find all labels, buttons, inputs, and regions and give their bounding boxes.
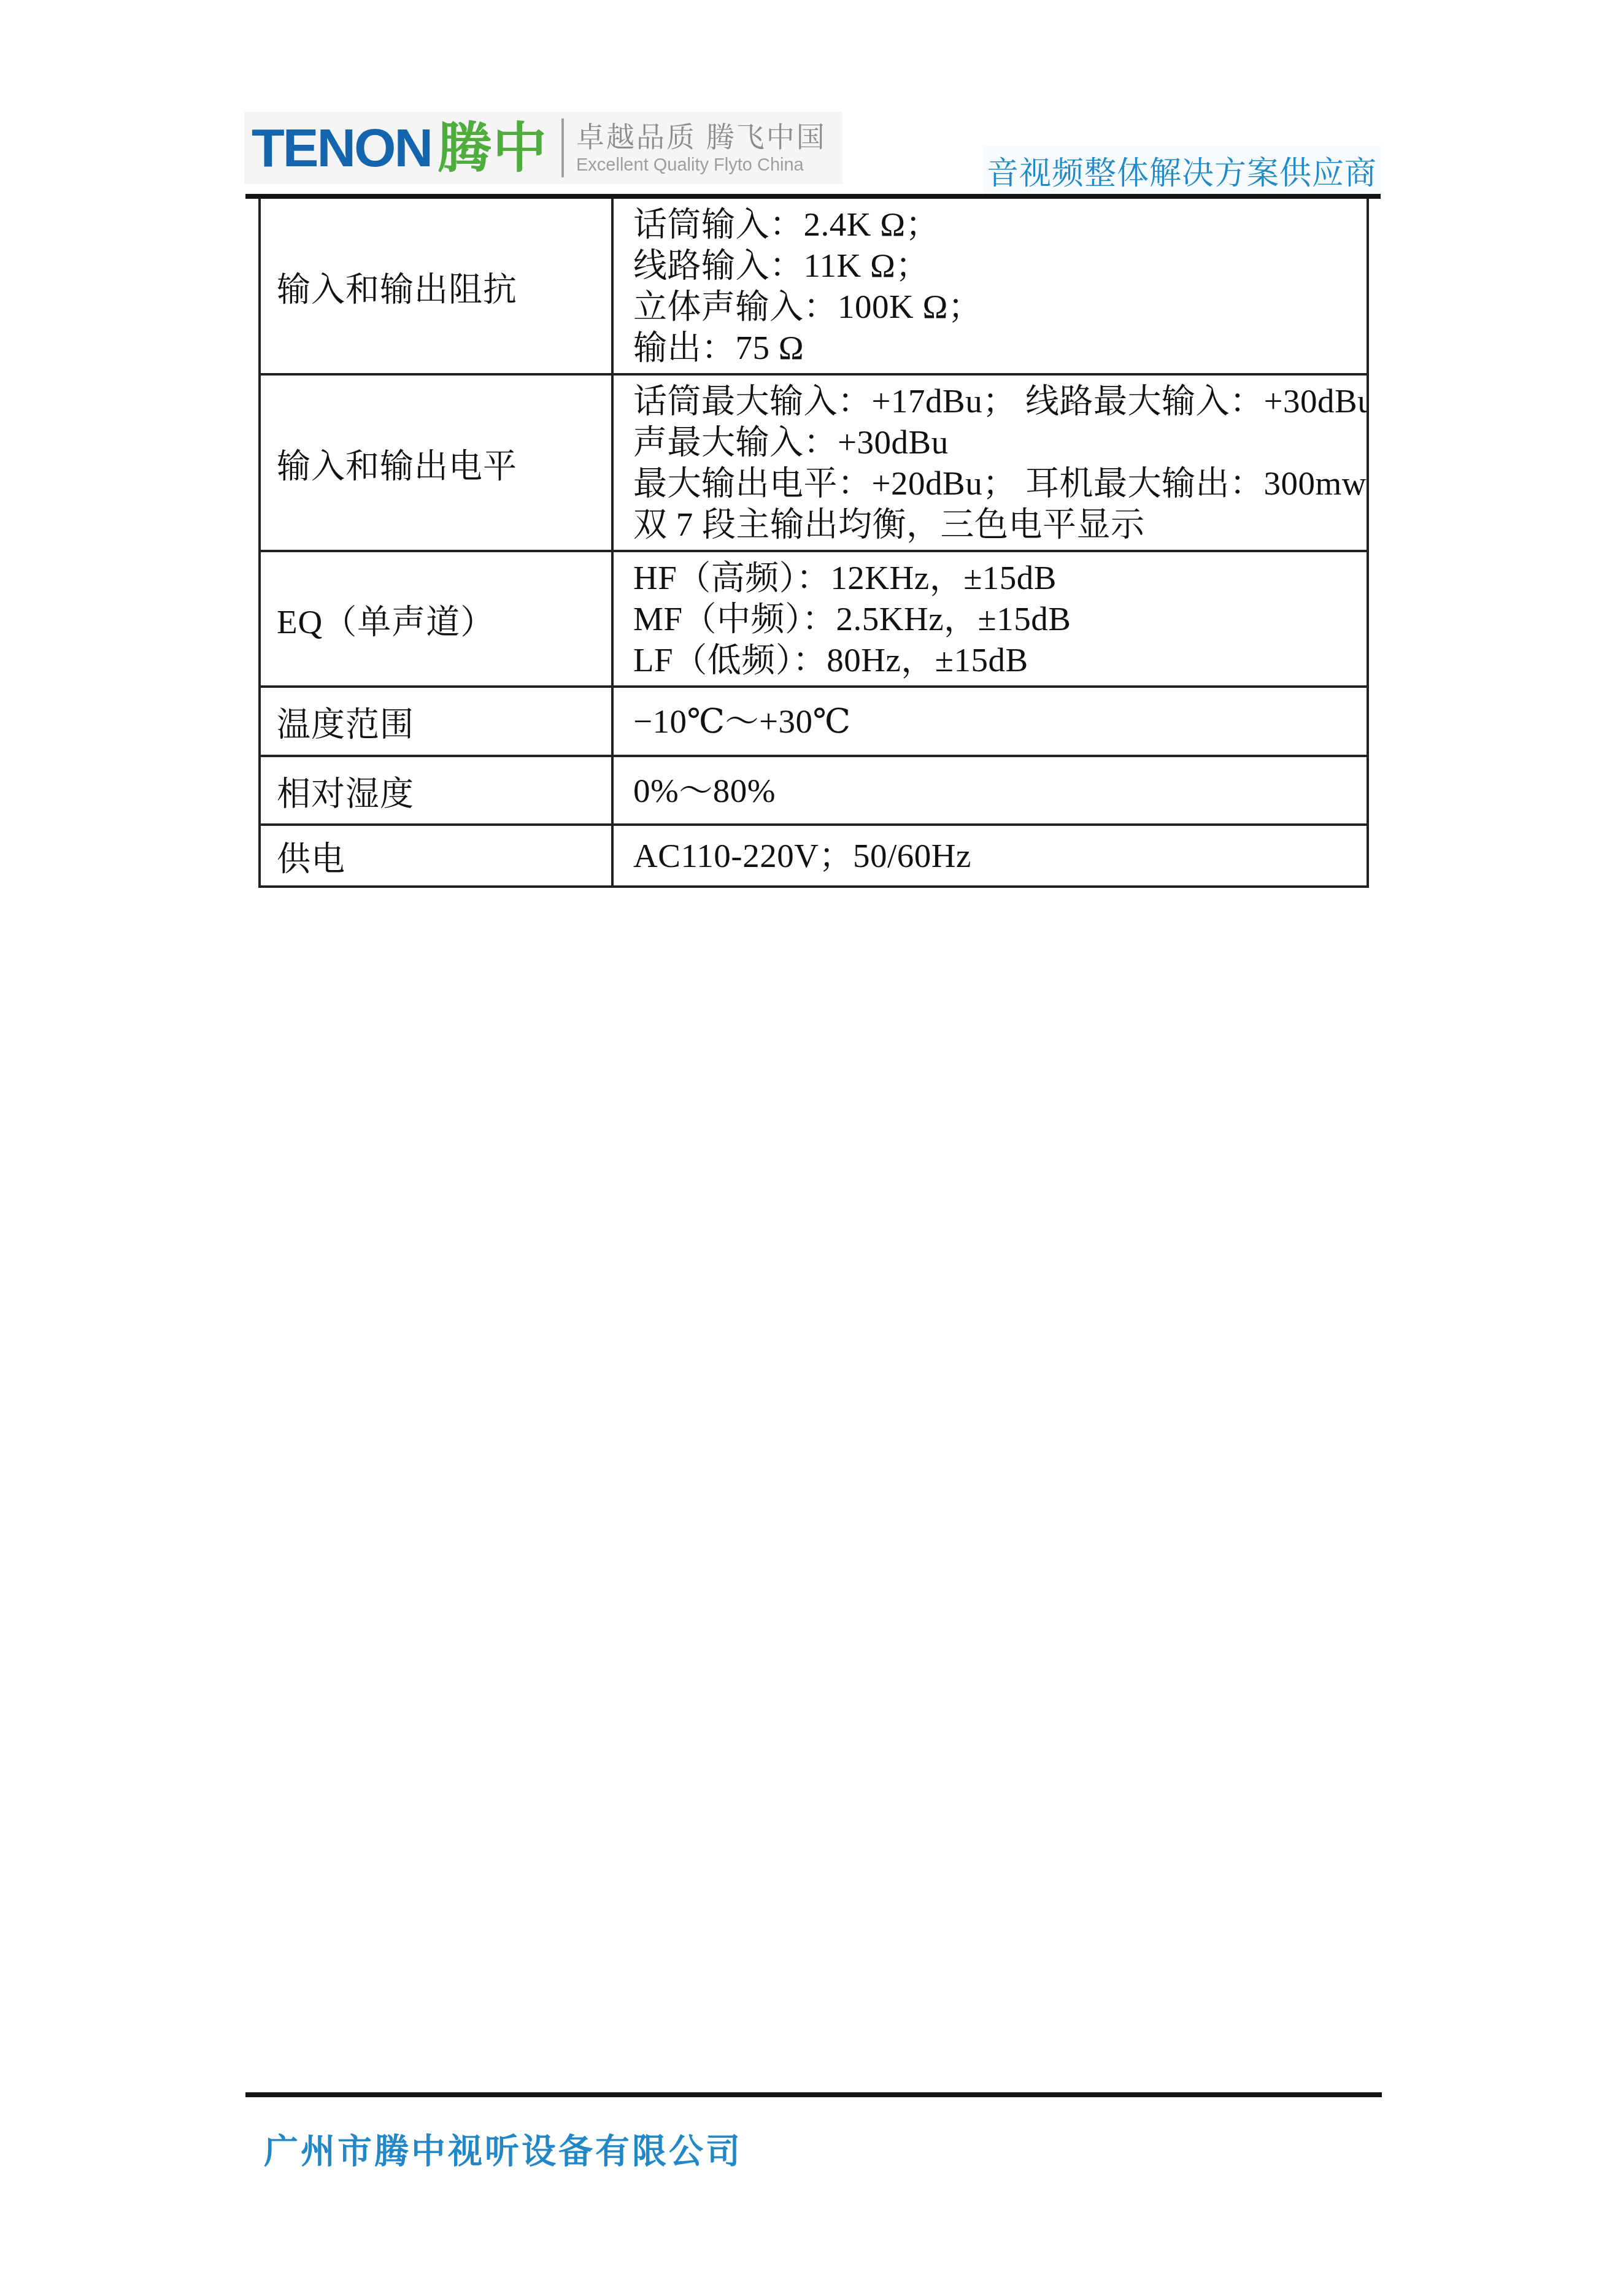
document-page: TENON 腾中 卓越品质 腾飞中国 Excellent Quality Fly… (0, 0, 1623, 2296)
spec-value-cell: 话筒输入：2.4K Ω；线路输入：11K Ω；立体声输入：100K Ω；输出：7… (614, 199, 1367, 373)
spec-label-cell: 输入和输出电平 (261, 376, 614, 550)
logo-tenon-wordmark: TENON (252, 121, 431, 175)
spec-label-cell: 供电 (261, 826, 614, 885)
spec-value-line: MF（中频）：2.5KHz，±15dB (633, 598, 1360, 639)
table-row: 输入和输出阻抗话筒输入：2.4K Ω；线路输入：11K Ω；立体声输入：100K… (261, 199, 1367, 376)
spec-value-line: AC110-220V；50/60Hz (633, 835, 1360, 876)
footer-rule (245, 2092, 1382, 2097)
logo-divider (561, 118, 564, 177)
spec-value-line: LF（低频）：80Hz，±15dB (633, 639, 1360, 680)
spec-label-cell: 相对湿度 (261, 757, 614, 823)
spec-label-cell: 输入和输出阻抗 (261, 199, 614, 373)
logo-tengzhong-wordmark: 腾中 (438, 121, 548, 175)
spec-label-cell: EQ（单声道） (261, 552, 614, 685)
spec-table: 输入和输出阻抗话筒输入：2.4K Ω；线路输入：11K Ω；立体声输入：100K… (258, 199, 1369, 888)
spec-label-cell: 温度范围 (261, 688, 614, 755)
spec-value-line: 0%～80% (633, 770, 1360, 811)
spec-value-line: −10℃～+30℃ (633, 701, 1360, 742)
spec-value-line: 话筒最大输入：+17dBu； 线路最大输入：+30dBu； 立体 (633, 380, 1360, 422)
header-slogan: 音视频整体解决方案供应商 (983, 146, 1381, 195)
logo-tagline-cn: 卓越品质 腾飞中国 (576, 121, 827, 153)
spec-value-cell: −10℃～+30℃ (614, 688, 1367, 755)
logo-tagline-en: Excellent Quality Flyto China (576, 156, 827, 174)
spec-value-cell: HF（高频）：12KHz，±15dBMF（中频）：2.5KHz，±15dBLF（… (614, 552, 1367, 685)
spec-value-cell: 话筒最大输入：+17dBu； 线路最大输入：+30dBu； 立体声最大输入：+3… (614, 376, 1367, 550)
spec-value-line: 线路输入：11K Ω； (633, 245, 1360, 286)
spec-value-line: 输出：75 Ω (633, 327, 1360, 368)
table-row: 输入和输出电平话筒最大输入：+17dBu； 线路最大输入：+30dBu； 立体声… (261, 376, 1367, 552)
spec-value-line: 双 7 段主输出均衡，三色电平显示 (633, 504, 1360, 545)
spec-value-line: 话筒输入：2.4K Ω； (633, 204, 1360, 245)
logo-taglines: 卓越品质 腾飞中国 Excellent Quality Flyto China (576, 121, 827, 175)
company-logo: TENON 腾中 卓越品质 腾飞中国 Excellent Quality Fly… (244, 112, 842, 184)
table-row: 供电AC110-220V；50/60Hz (261, 826, 1367, 888)
spec-value-line: HF（高频）：12KHz，±15dB (633, 557, 1360, 598)
spec-value-line: 最大输出电平：+20dBu； 耳机最大输出：300mw/200 Ω (633, 463, 1360, 504)
table-row: EQ（单声道）HF（高频）：12KHz，±15dBMF（中频）：2.5KHz，±… (261, 552, 1367, 688)
spec-value-cell: 0%～80% (614, 757, 1367, 823)
header-rule (245, 194, 1381, 199)
table-row: 温度范围−10℃～+30℃ (261, 688, 1367, 757)
spec-value-line: 立体声输入：100K Ω； (633, 286, 1360, 327)
footer-company-name: 广州市腾中视听设备有限公司 (264, 2124, 742, 2173)
spec-value-line: 声最大输入：+30dBu (633, 422, 1360, 463)
spec-value-cell: AC110-220V；50/60Hz (614, 826, 1367, 885)
table-row: 相对湿度0%～80% (261, 757, 1367, 826)
